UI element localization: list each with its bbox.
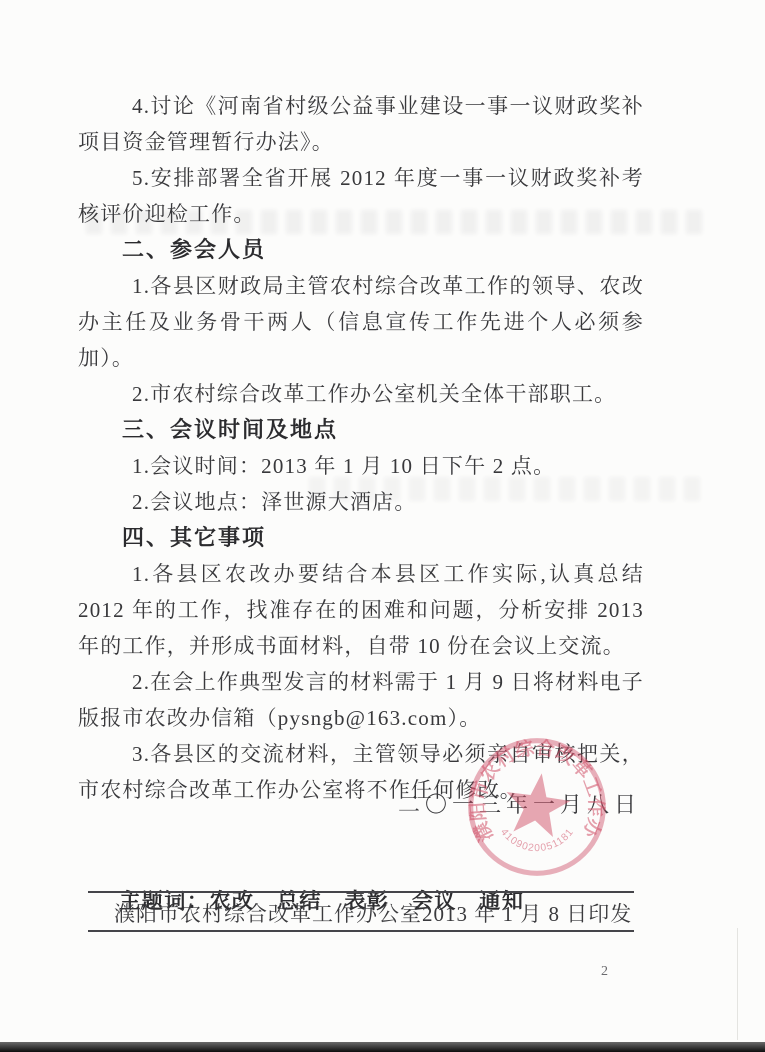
- paragraph: 2.会议地点：泽世源大酒店。: [78, 484, 644, 520]
- print-date: 2013 年 1 月 8 日印发: [422, 898, 632, 928]
- issuer-line: 濮阳市农村综合改革工作办公室 2013 年 1 月 8 日印发: [114, 898, 594, 928]
- paragraph: 1.各县区农改办要结合本县区工作实际,认真总结 2012 年的工作，找准存在的困…: [78, 556, 644, 664]
- paragraph: 1.各县区财政局主管农村综合改革工作的领导、农改办主任及业务骨干两人（信息宣传工…: [78, 268, 644, 376]
- section-heading: 二、参会人员: [78, 232, 644, 268]
- separator-rule: [88, 891, 634, 893]
- separator-rule: [88, 930, 634, 932]
- paragraph: 4.讨论《河南省村级公益事业建设一事一议财政奖补项目资金管理暂行办法》。: [78, 88, 644, 160]
- signature-date: 二〇一三年一月八日: [398, 788, 641, 819]
- scan-bottom-edge: [0, 1042, 765, 1052]
- paragraph: 2.市农村综合改革工作办公室机关全体干部职工。: [78, 376, 644, 412]
- issuer-name: 濮阳市农村综合改革工作办公室: [114, 898, 422, 928]
- section-heading: 三、会议时间及地点: [78, 412, 644, 448]
- scanned-document-page: 4.讨论《河南省村级公益事业建设一事一议财政奖补项目资金管理暂行办法》。 5.安…: [0, 0, 765, 1052]
- paragraph: 5.安排部署全省开展 2012 年度一事一议财政奖补考核评价迎检工作。: [78, 160, 644, 232]
- seal-code: 4109020051181: [498, 827, 576, 854]
- svg-text:4109020051181: 4109020051181: [498, 827, 576, 854]
- page-number: 2: [601, 964, 608, 980]
- paragraph: 2.在会上作典型发言的材料需于 1 月 9 日将材料电子版报市农改办信箱（pys…: [78, 664, 644, 736]
- document-body: 4.讨论《河南省村级公益事业建设一事一议财政奖补项目资金管理暂行办法》。 5.安…: [78, 88, 644, 808]
- page-edge-shadow: [737, 928, 738, 1040]
- paragraph: 1.会议时间：2013 年 1 月 10 日下午 2 点。: [78, 448, 644, 484]
- section-heading: 四、其它事项: [78, 520, 644, 556]
